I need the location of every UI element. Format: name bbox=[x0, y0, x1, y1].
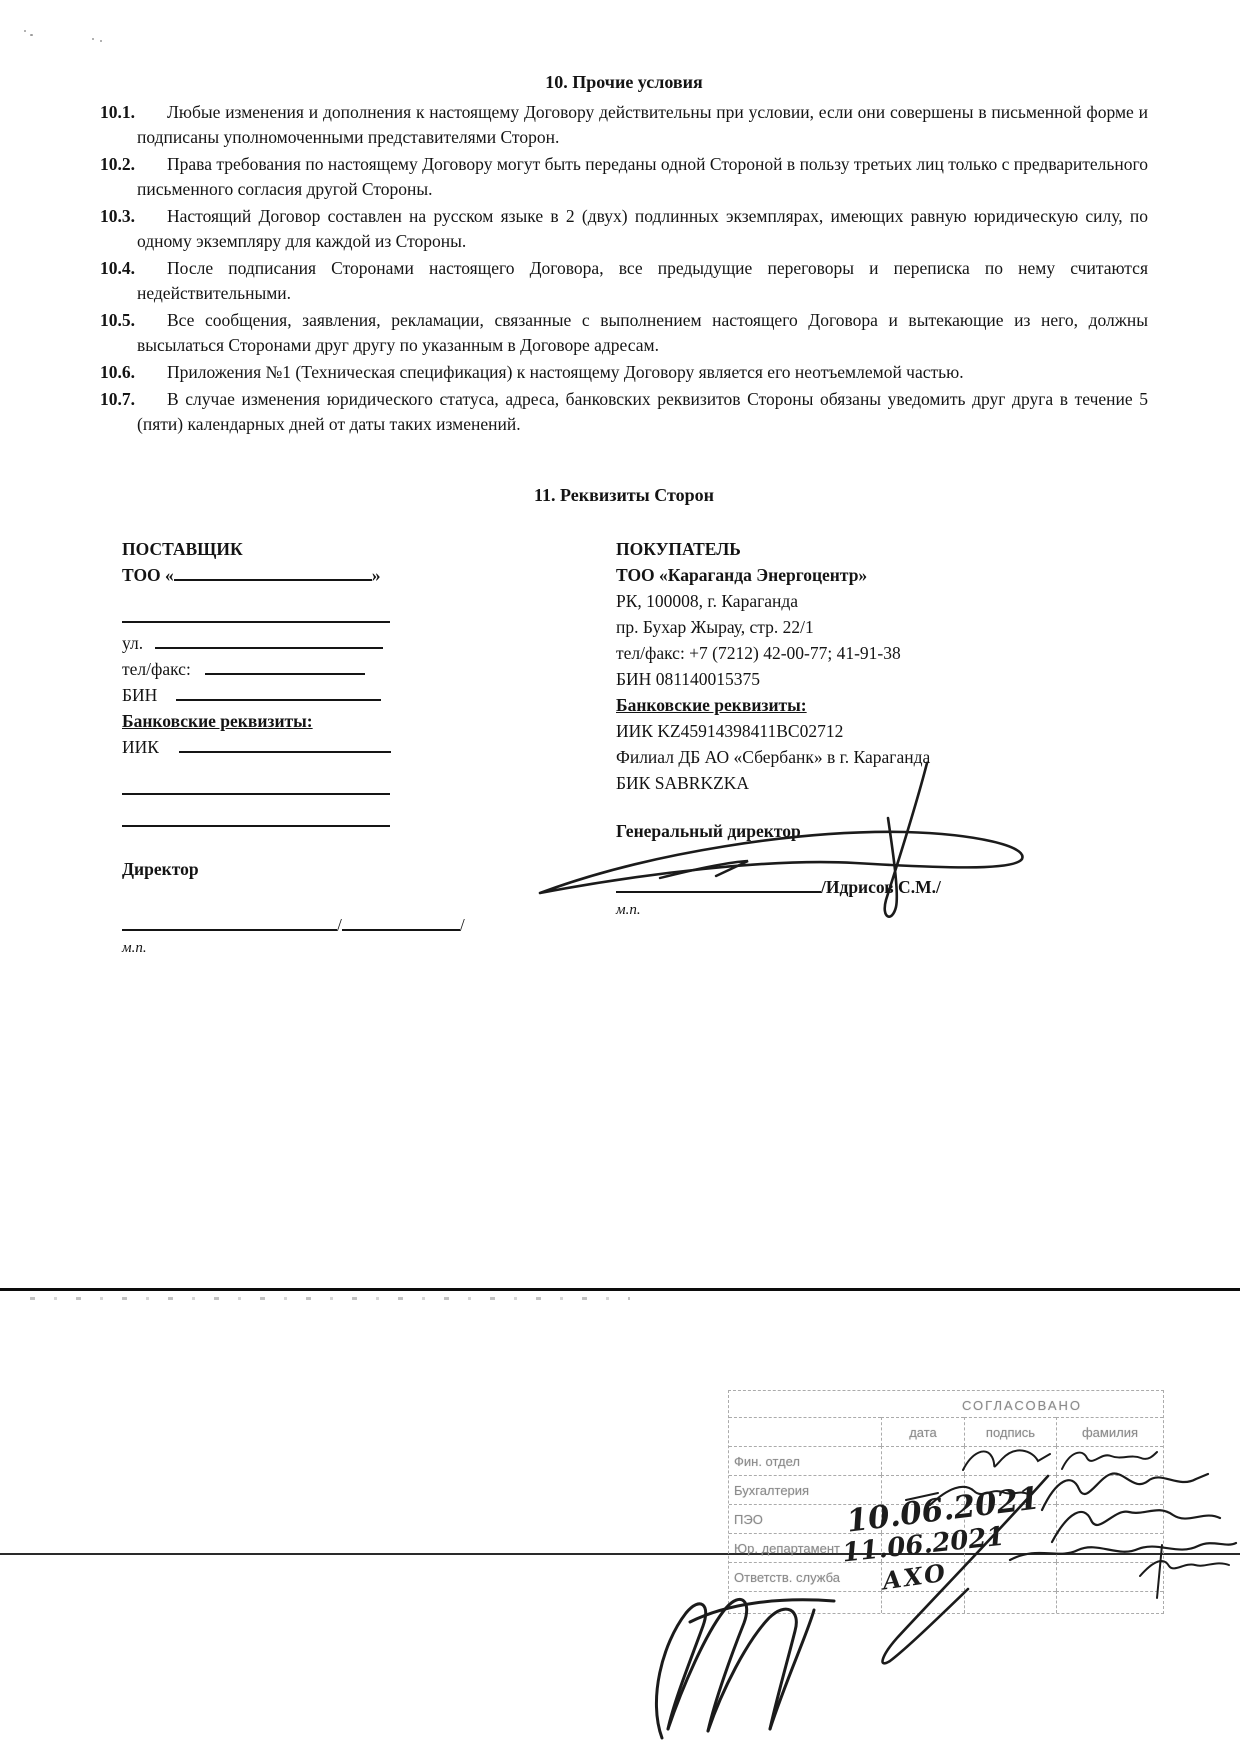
stamp-title-row: СОГЛАСОВАНО bbox=[729, 1391, 1163, 1417]
iik-label: ИИК bbox=[122, 737, 159, 757]
clause-text: Настоящий Договор составлен на русском я… bbox=[137, 204, 1148, 254]
buyer-signature-line: /Идрисов С.М./ bbox=[616, 874, 1148, 900]
buyer-bank-branch: Филиал ДБ АО «Сбербанк» в г. Караганда bbox=[616, 744, 1148, 770]
clause-text: Права требования по настоящему Договору … bbox=[137, 152, 1148, 202]
supplier-blank-line bbox=[122, 776, 616, 802]
clause-10-7: 10.7. В случае изменения юридического ст… bbox=[100, 387, 1148, 437]
phone-label: тел/факс: bbox=[122, 659, 191, 679]
supplier-blank-line bbox=[122, 604, 616, 630]
supplier-street-row: ул. bbox=[122, 630, 616, 656]
buyer-address2: пр. Бухар Жырау, стр. 22/1 bbox=[616, 614, 1148, 640]
buyer-heading: ПОКУПАТЕЛЬ bbox=[616, 536, 1148, 562]
clause-text: В случае изменения юридического статуса,… bbox=[137, 387, 1148, 437]
clause-number: 10.6. bbox=[100, 360, 135, 385]
clause-text: После подписания Сторонами настоящего До… bbox=[137, 256, 1148, 306]
supplier-company-row: ТОО «» bbox=[122, 562, 616, 588]
scan-artifact bbox=[100, 40, 102, 42]
company-suffix: » bbox=[372, 565, 381, 585]
buyer-director-label: Генеральный директор bbox=[616, 818, 1148, 844]
bin-label: БИН bbox=[122, 685, 157, 705]
stamp-header-empty bbox=[729, 1417, 881, 1446]
clause-10-1: 10.1. Любые изменения и дополнения к нас… bbox=[100, 100, 1148, 150]
stamp-title: СОГЛАСОВАНО bbox=[881, 1391, 1163, 1420]
blank-street bbox=[155, 632, 383, 649]
buyer-address1: РК, 100008, г. Караганда bbox=[616, 588, 1148, 614]
buyer-iik: ИИК KZ45914398411BC02712 bbox=[616, 718, 1148, 744]
clause-list: 10.1. Любые изменения и дополнения к нас… bbox=[100, 100, 1148, 437]
buyer-bik: БИК SABRKZKA bbox=[616, 770, 1148, 796]
scan-artifact bbox=[92, 38, 94, 40]
buyer-seal-label: м.п. bbox=[616, 900, 1148, 926]
blank-signature bbox=[122, 914, 337, 931]
stamp-row-empty bbox=[729, 1591, 1163, 1613]
clause-number: 10.4. bbox=[100, 256, 135, 281]
scan-artifact bbox=[30, 34, 33, 36]
supplier-heading: ПОСТАВЩИК bbox=[122, 536, 616, 562]
clause-text: Все сообщения, заявления, рекламации, св… bbox=[137, 308, 1148, 358]
clause-10-3: 10.3. Настоящий Договор составлен на рус… bbox=[100, 204, 1148, 254]
supplier-signature-line: // bbox=[122, 912, 616, 938]
blank-iik bbox=[179, 736, 391, 753]
stamp-header-row: дата подпись фамилия bbox=[729, 1417, 1163, 1446]
street-label: ул. bbox=[122, 633, 143, 653]
supplier-iik-row: ИИК bbox=[122, 734, 616, 760]
blank-signature bbox=[616, 876, 821, 893]
large-signature-flourish bbox=[656, 1599, 834, 1738]
requisites-columns: ПОСТАВЩИК ТОО «» ул. тел/факс: БИН Бан bbox=[122, 536, 1148, 964]
stamp-col-date: дата bbox=[881, 1417, 964, 1446]
clause-10-6: 10.6. Приложения №1 (Техническая специфи… bbox=[100, 360, 1148, 385]
scan-artifact bbox=[24, 30, 26, 32]
stamp-col-signature: подпись bbox=[964, 1417, 1056, 1446]
supplier-seal-label: м.п. bbox=[122, 938, 616, 964]
supplier-bin-row: БИН bbox=[122, 682, 616, 708]
page-divider-line bbox=[0, 1288, 1240, 1291]
clause-number: 10.5. bbox=[100, 308, 135, 333]
section-10-title: 10. Прочие условия bbox=[100, 70, 1148, 95]
document-body: 10. Прочие условия 10.1. Любые изменения… bbox=[0, 0, 1240, 964]
buyer-director-name: /Идрисов С.М./ bbox=[821, 877, 941, 897]
stamp-row-label: Бухгалтерия bbox=[729, 1475, 881, 1504]
section-11-title: 11. Реквизиты Сторон bbox=[100, 483, 1148, 508]
clause-number: 10.7. bbox=[100, 387, 135, 412]
buyer-phone: тел/факс: +7 (7212) 42-00-77; 41-91-38 bbox=[616, 640, 1148, 666]
clause-number: 10.3. bbox=[100, 204, 135, 229]
clause-text: Любые изменения и дополнения к настоящем… bbox=[137, 100, 1148, 150]
clause-number: 10.1. bbox=[100, 100, 135, 125]
supplier-bank-label: Банковские реквизиты: bbox=[122, 708, 616, 734]
faded-footer-text bbox=[30, 1297, 630, 1300]
clause-text: Приложения №1 (Техническая спецификация)… bbox=[137, 360, 1148, 385]
blank-phone bbox=[205, 658, 365, 675]
stamp-col-surname: фамилия bbox=[1056, 1417, 1163, 1446]
supplier-director-label: Директор bbox=[122, 856, 616, 882]
stamp-row-fin: Фин. отдел bbox=[729, 1446, 1163, 1475]
company-prefix: ТОО « bbox=[122, 565, 174, 585]
buyer-bin: БИН 081140015375 bbox=[616, 666, 1148, 692]
scanned-contract-page: 10. Прочие условия 10.1. Любые изменения… bbox=[0, 0, 1240, 1754]
supplier-blank-line bbox=[122, 808, 616, 834]
stamp-row-label: Фин. отдел bbox=[729, 1446, 881, 1475]
clause-number: 10.2. bbox=[100, 152, 135, 177]
blank-name bbox=[342, 914, 460, 931]
clause-10-5: 10.5. Все сообщения, заявления, рекламац… bbox=[100, 308, 1148, 358]
clause-10-4: 10.4. После подписания Сторонами настоящ… bbox=[100, 256, 1148, 306]
blank-company-name bbox=[174, 564, 372, 581]
stamp-empty-corner bbox=[729, 1391, 881, 1420]
clause-10-2: 10.2. Права требования по настоящему Дог… bbox=[100, 152, 1148, 202]
supplier-phone-row: тел/факс: bbox=[122, 656, 616, 682]
buyer-column: ПОКУПАТЕЛЬ ТОО «Караганда Энергоцентр» Р… bbox=[616, 536, 1148, 964]
blank-bin bbox=[176, 684, 381, 701]
supplier-column: ПОСТАВЩИК ТОО «» ул. тел/факс: БИН Бан bbox=[122, 536, 616, 964]
slash: / bbox=[460, 915, 465, 935]
buyer-company: ТОО «Караганда Энергоцентр» bbox=[616, 562, 1148, 588]
buyer-bank-label: Банковские реквизиты: bbox=[616, 692, 1148, 718]
